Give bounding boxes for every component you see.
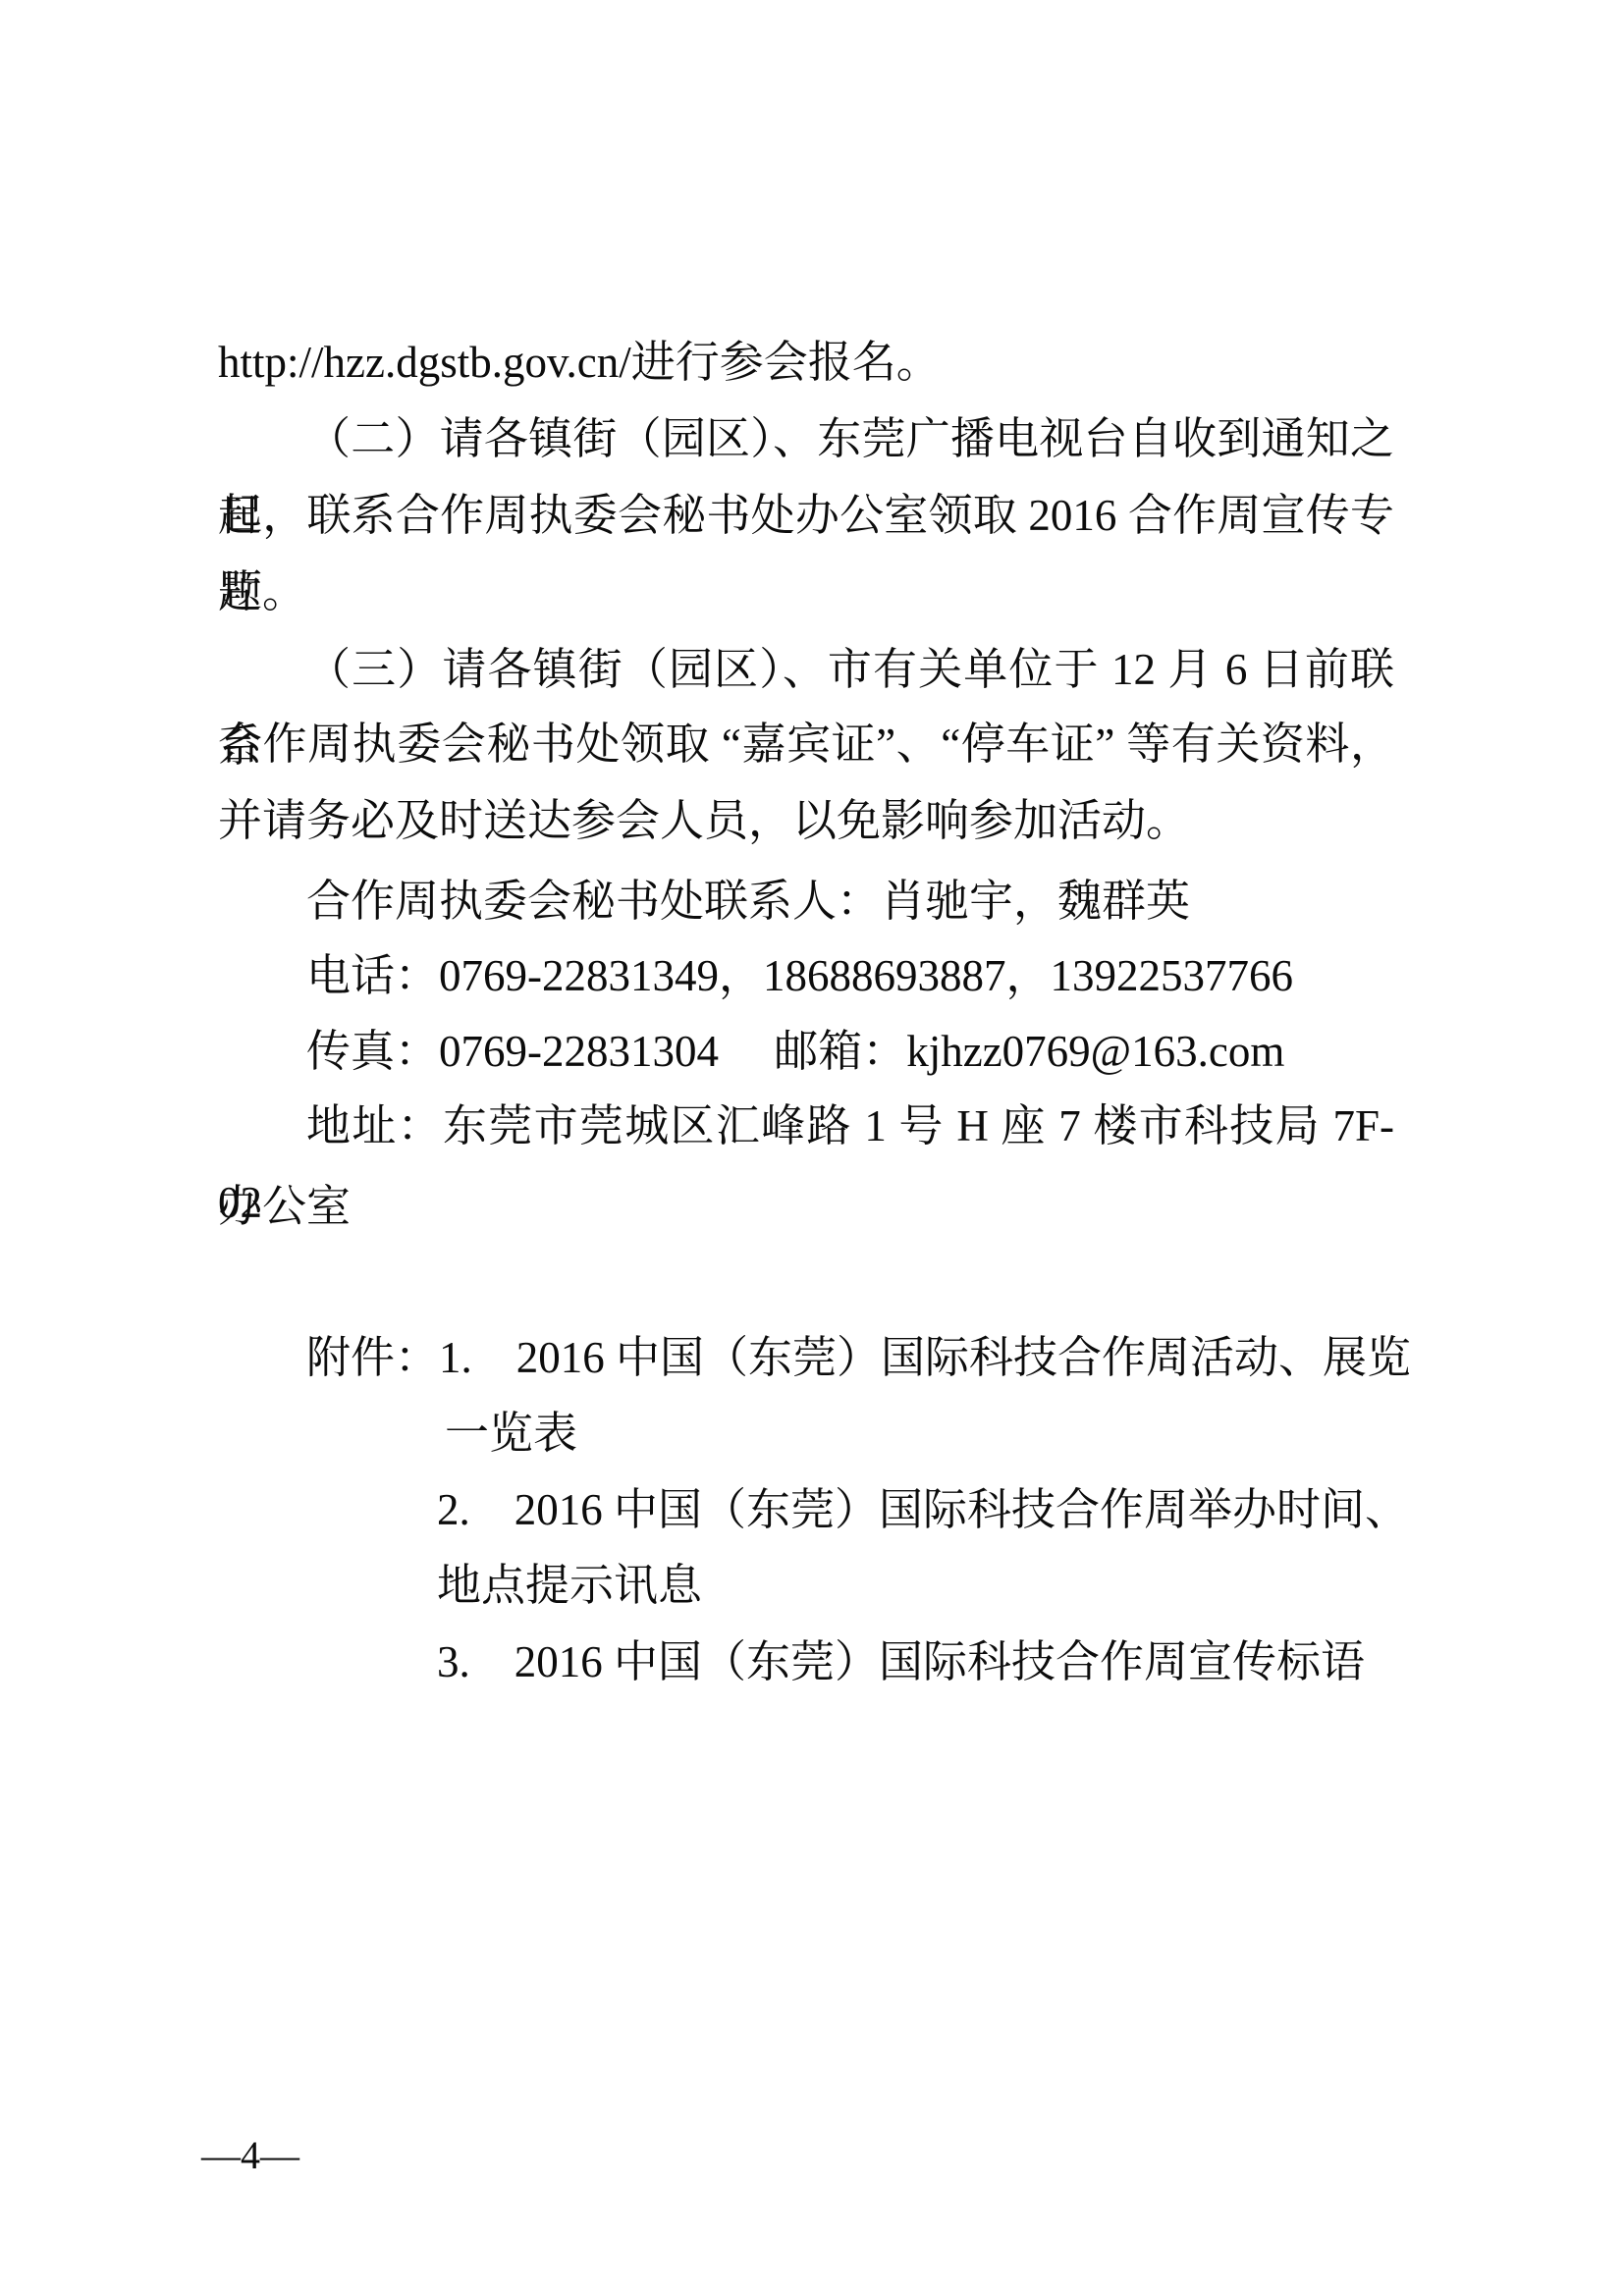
attachment-item-2-continuation: 地点提示讯息 [437,1547,702,1624]
para2-line3: 片。 [218,554,1394,630]
para3-line3: 并请务必及时送达参会人员，以免影响参加活动。 [218,782,1394,859]
page-number: —4— [201,2126,299,2185]
contact-fax-email-line: 传真：0769-22831304 邮箱：kjhzz0769@163.com [218,1013,1394,1090]
attachment-item-1: 附件：1. 2016 中国（东莞）国际科技合作周活动、展览 [218,1319,1394,1396]
contact-phone-line: 电话：0769-22831349，18688693887，13922537766 [218,937,1394,1014]
contact-address-continuation: 办公室 [218,1168,1394,1245]
document-page: http://hzz.dgstb.gov.cn/进行参会报名。 （二）请各镇街（… [0,0,1624,2296]
registration-url-line: http://hzz.dgstb.gov.cn/进行参会报名。 [218,324,1394,400]
para3-line2: 合作周执委会秘书处领取 “嘉宾证”、“停车证” 等有关资料， [218,706,1394,782]
attachment-item-2: 2. 2016 中国（东莞）国际科技合作周举办时间、 [437,1471,1409,1548]
contact-person-line: 合作周执委会秘书处联系人：肖驰宇，魏群英 [218,863,1394,939]
attachment-item-1-continuation: 一览表 [445,1395,577,1471]
attachment-item-3: 3. 2016 中国（东莞）国际科技合作周宣传标语 [437,1624,1365,1700]
